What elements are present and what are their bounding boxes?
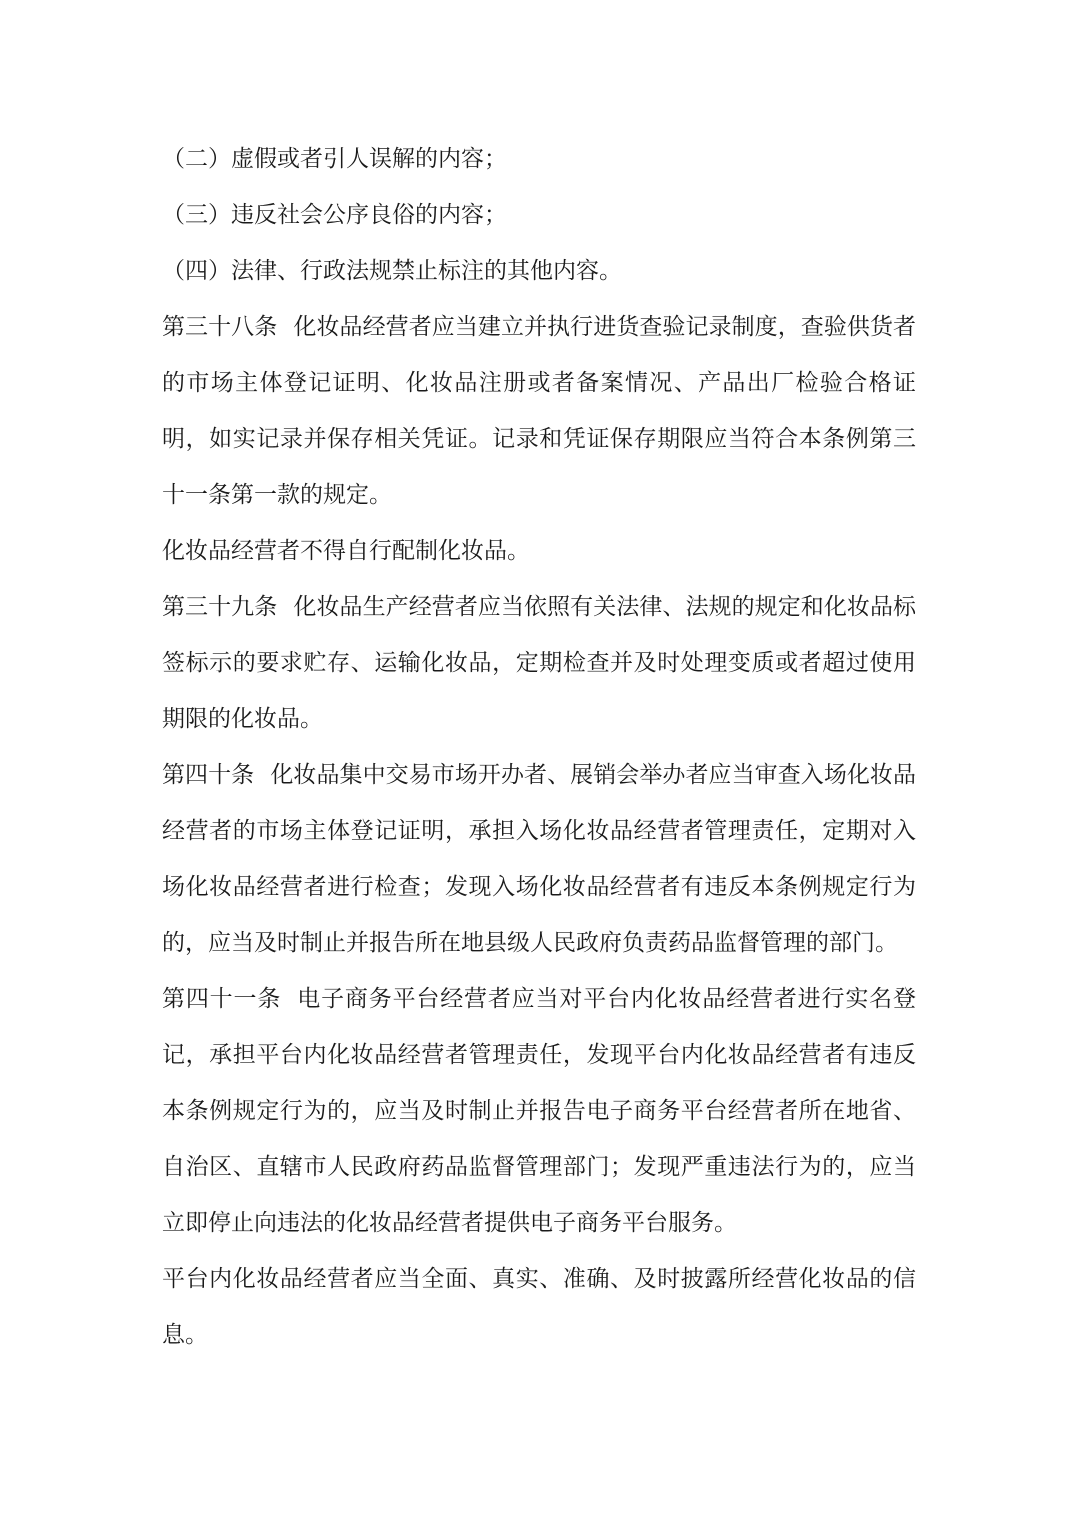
article-number: 第三十九条: [162, 593, 277, 619]
list-item-4: （四）法律、行政法规禁止标注的其他内容。: [162, 242, 916, 298]
list-item-text: （三）违反社会公序良俗的内容；: [162, 201, 507, 227]
article-38-clause-2: 化妆品经营者不得自行配制化妆品。: [162, 522, 916, 578]
list-item-2: （二）虚假或者引人误解的内容；: [162, 130, 916, 186]
article-39-paragraph: 第三十九条化妆品生产经营者应当依照有关法律、法规的规定和化妆品标签标示的要求贮存…: [162, 578, 916, 746]
article-38-paragraph: 第三十八条化妆品经营者应当建立并执行进货查验记录制度，查验供货者的市场主体登记证…: [162, 298, 916, 522]
article-41-paragraph: 第四十一条电子商务平台经营者应当对平台内化妆品经营者进行实名登记，承担平台内化妆…: [162, 970, 916, 1250]
article-number: 第四十一条: [162, 985, 281, 1011]
article-number: 第三十八条: [162, 313, 277, 339]
article-40-paragraph: 第四十条化妆品集中交易市场开办者、展销会举办者应当审查入场化妆品经营者的市场主体…: [162, 746, 916, 970]
article-text: 化妆品经营者不得自行配制化妆品。: [162, 537, 530, 563]
article-text: 化妆品经营者应当建立并执行进货查验记录制度，查验供货者的市场主体登记证明、化妆品…: [162, 313, 916, 507]
document-content: （二）虚假或者引人误解的内容； （三）违反社会公序良俗的内容； （四）法律、行政…: [162, 130, 916, 1362]
list-item-3: （三）违反社会公序良俗的内容；: [162, 186, 916, 242]
article-41-clause-2: 平台内化妆品经营者应当全面、真实、准确、及时披露所经营化妆品的信息。: [162, 1250, 916, 1362]
article-text: 电子商务平台经营者应当对平台内化妆品经营者进行实名登记，承担平台内化妆品经营者管…: [162, 985, 916, 1235]
list-item-text: （二）虚假或者引人误解的内容；: [162, 145, 507, 171]
article-text: 平台内化妆品经营者应当全面、真实、准确、及时披露所经营化妆品的信息。: [162, 1265, 916, 1347]
article-number: 第四十条: [162, 761, 254, 787]
list-item-text: （四）法律、行政法规禁止标注的其他内容。: [162, 257, 622, 283]
article-text: 化妆品集中交易市场开办者、展销会举办者应当审查入场化妆品经营者的市场主体登记证明…: [162, 761, 916, 955]
document-page: （二）虚假或者引人误解的内容； （三）违反社会公序良俗的内容； （四）法律、行政…: [0, 0, 1074, 1520]
